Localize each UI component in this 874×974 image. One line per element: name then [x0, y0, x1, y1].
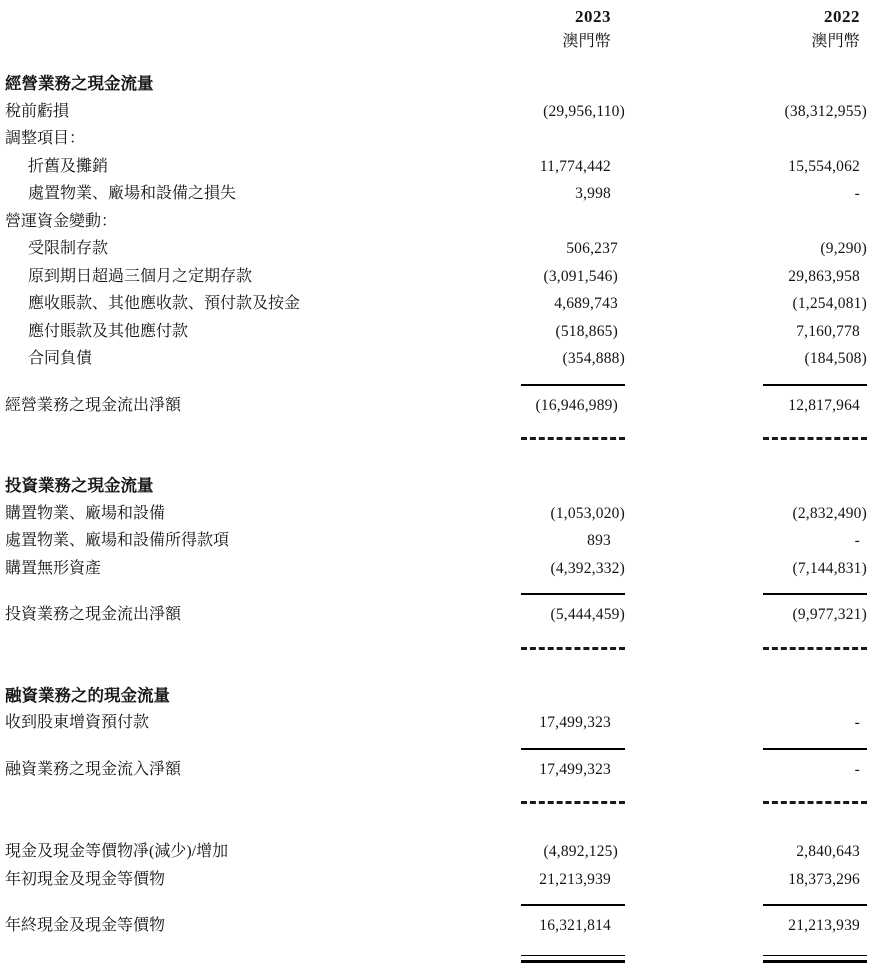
table-row: 現金及現金等價物凈(減少)/增加(4,892,125)2,840,643: [5, 838, 867, 866]
rule-cell-2022: [625, 647, 867, 650]
section-title: 經營業務之現金流量: [5, 70, 455, 98]
year-header-spacer: [5, 6, 441, 28]
section-title: 融資業務之的現金流量: [5, 682, 455, 710]
statement-body: 經營業務之現金流量稅前虧損(29,956,110)(38,312,955)調整項…: [5, 70, 867, 963]
table-row: 應付賬款及其他應付款(518,865)7,160,778: [5, 318, 867, 346]
rule-spacer: [5, 384, 455, 386]
table-row: 原到期日超過三個月之定期存款(3,091,546)29,863,958: [5, 263, 867, 291]
double-rule-2023: [521, 955, 625, 963]
value-2023: (3,091,546): [448, 263, 618, 291]
section-gap: [5, 804, 867, 838]
solid-rule-2022: [763, 904, 867, 906]
table-row: 處置物業、廠場和設備之損失3,998-: [5, 180, 867, 208]
solid-rule-row: [5, 748, 867, 750]
value-2023: (354,888): [455, 345, 625, 373]
value-2022: [625, 208, 867, 236]
section-heading-row: 融資業務之的現金流量: [5, 682, 867, 710]
column-header-currency-2023: 澳門幣: [441, 28, 618, 56]
column-header-currency-2022: 澳門幣: [618, 28, 867, 56]
value-2022: 21,213,939: [618, 912, 867, 940]
table-row: 投資業務之現金流出淨額(5,444,459)(9,977,321): [5, 601, 867, 629]
table-row: 調整項目：: [5, 125, 867, 153]
line-item-label: 處置物業、廠場和設備所得款項: [5, 527, 441, 555]
rule-spacer: [5, 437, 455, 440]
solid-rule-row: [5, 904, 867, 906]
table-row: 購置無形資產(4,392,332)(7,144,831): [5, 555, 867, 583]
line-item-label: 現金及現金等價物凈(減少)/增加: [5, 838, 448, 866]
dashed-rule-row: [5, 437, 867, 440]
rule-spacer: [5, 593, 455, 595]
value-2022: (38,312,955): [625, 98, 867, 126]
line-item-label: 經營業務之現金流出淨額: [5, 392, 448, 420]
value-2022: 2,840,643: [618, 838, 867, 866]
value-2023: (16,946,989): [448, 392, 618, 420]
rule-cell-2023: [455, 593, 625, 595]
value-2022: 12,817,964: [618, 392, 867, 420]
currency-header-spacer: [5, 28, 441, 56]
rule-cell-2022: [625, 801, 867, 804]
solid-rule-row: [5, 593, 867, 595]
value-2023: 11,774,442: [441, 153, 618, 181]
table-row: 融資業務之現金流入淨額17,499,323-: [5, 756, 867, 784]
currency-header-row: 澳門幣 澳門幣: [5, 28, 867, 56]
dashed-rule-row: [5, 647, 867, 650]
value-2022: [625, 125, 867, 153]
dashed-rule-row: [5, 801, 867, 804]
table-row: 購置物業、廠場和設備(1,053,020)(2,832,490): [5, 500, 867, 528]
section-heading-row: 經營業務之現金流量: [5, 70, 867, 98]
rule-cell-2023: [455, 437, 625, 440]
line-item-label: 年初現金及現金等價物: [5, 866, 441, 894]
table-row: 處置物業、廠場和設備所得款項893-: [5, 527, 867, 555]
rule-cell-2023: [455, 748, 625, 750]
line-item-label: 折舊及攤銷: [5, 153, 441, 181]
value-2022: [625, 472, 867, 500]
solid-rule-2022: [763, 748, 867, 750]
rule-spacer: [5, 955, 455, 963]
value-2022: -: [618, 709, 867, 737]
value-2023: (5,444,459): [455, 601, 625, 629]
rule-cell-2022: [625, 904, 867, 906]
line-item-label: 收到股東增資預付款: [5, 709, 441, 737]
value-2023: (518,865): [448, 318, 618, 346]
line-item-label: 年終現金及現金等價物: [5, 912, 441, 940]
value-2022: (7,144,831): [625, 555, 867, 583]
dashed-rule-2023: [521, 437, 625, 440]
rule-cell-2022: [625, 384, 867, 386]
line-item-label: 稅前虧損: [5, 98, 455, 126]
section-gap: [5, 440, 867, 472]
value-2022: (184,508): [625, 345, 867, 373]
value-2023: 21,213,939: [441, 866, 618, 894]
table-row: 年初現金及現金等價物21,213,93918,373,296: [5, 866, 867, 894]
line-item-label: 購置物業、廠場和設備: [5, 500, 455, 528]
rule-cell-2022: [625, 593, 867, 595]
rule-cell-2023: [455, 904, 625, 906]
line-item-label: 合同負債: [5, 345, 455, 373]
value-2022: 15,554,062: [618, 153, 867, 181]
value-2022: (2,832,490): [625, 500, 867, 528]
double-rule-row: [5, 955, 867, 963]
solid-rule-2023: [521, 593, 625, 595]
value-2022: (1,254,081): [625, 290, 867, 318]
table-row: 年終現金及現金等價物16,321,81421,213,939: [5, 912, 867, 940]
value-2023: [455, 208, 625, 236]
line-item-label: 受限制存款: [5, 235, 448, 263]
solid-rule-2023: [521, 384, 625, 386]
rule-cell-2022: [625, 437, 867, 440]
solid-rule-row: [5, 384, 867, 386]
dashed-rule-2022: [763, 801, 867, 804]
value-2023: (29,956,110): [455, 98, 625, 126]
value-2022: -: [618, 527, 867, 555]
table-row: 折舊及攤銷11,774,44215,554,062: [5, 153, 867, 181]
value-2022: 29,863,958: [618, 263, 867, 291]
value-2023: 506,237: [448, 235, 625, 263]
table-row: 合同負債(354,888)(184,508): [5, 345, 867, 373]
value-2022: [625, 682, 867, 710]
rule-spacer: [5, 647, 455, 650]
dashed-rule-2022: [763, 437, 867, 440]
value-2022: (9,977,321): [625, 601, 867, 629]
value-2022: -: [618, 756, 867, 784]
dashed-rule-2022: [763, 647, 867, 650]
value-2023: [455, 70, 625, 98]
rule-spacer: [5, 904, 455, 906]
rule-spacer: [5, 748, 455, 750]
section-heading-row: 投資業務之現金流量: [5, 472, 867, 500]
value-2023: [455, 682, 625, 710]
table-row: 應收賬款、其他應收款、預付款及按金4,689,743(1,254,081): [5, 290, 867, 318]
solid-rule-2023: [521, 748, 625, 750]
dashed-rule-2023: [521, 647, 625, 650]
double-rule-2022: [763, 955, 867, 963]
line-item-label: 營運資金變動：: [5, 208, 455, 236]
value-2023: 3,998: [441, 180, 618, 208]
rule-cell-2022: [625, 748, 867, 750]
value-2022: 7,160,778: [618, 318, 867, 346]
line-item-label: 調整項目：: [5, 125, 455, 153]
table-row: 收到股東增資預付款17,499,323-: [5, 709, 867, 737]
value-2022: 18,373,296: [618, 866, 867, 894]
table-row: 受限制存款506,237(9,290): [5, 235, 867, 263]
rule-cell-2023: [455, 801, 625, 804]
table-row: 營運資金變動：: [5, 208, 867, 236]
value-2023: (4,892,125): [448, 838, 618, 866]
value-2022: (9,290): [625, 235, 867, 263]
table-row: 經營業務之現金流出淨額(16,946,989)12,817,964: [5, 392, 867, 420]
rule-cell-2022: [625, 955, 867, 963]
column-header-year-2022: 2022: [618, 6, 867, 28]
value-2023: (1,053,020): [455, 500, 625, 528]
line-item-label: 投資業務之現金流出淨額: [5, 601, 455, 629]
value-2022: -: [618, 180, 867, 208]
value-2023: [455, 125, 625, 153]
value-2023: 17,499,323: [441, 756, 618, 784]
solid-rule-2022: [763, 384, 867, 386]
line-item-label: 融資業務之現金流入淨額: [5, 756, 441, 784]
rule-cell-2023: [455, 955, 625, 963]
line-item-label: 應收賬款、其他應收款、預付款及按金: [5, 290, 448, 318]
value-2023: (4,392,332): [455, 555, 625, 583]
solid-rule-2022: [763, 593, 867, 595]
value-2023: 893: [441, 527, 618, 555]
value-2023: 4,689,743: [448, 290, 625, 318]
value-2023: [455, 472, 625, 500]
column-header-year-2023: 2023: [441, 6, 618, 28]
dashed-rule-2023: [521, 801, 625, 804]
value-2022: [625, 70, 867, 98]
section-gap: [5, 650, 867, 682]
rule-cell-2023: [455, 384, 625, 386]
solid-rule-2023: [521, 904, 625, 906]
rule-cell-2023: [455, 647, 625, 650]
cash-flow-statement-page: 2023 2022 澳門幣 澳門幣 經營業務之現金流量稅前虧損(29,956,1…: [0, 0, 874, 974]
rule-spacer: [5, 801, 455, 804]
line-item-label: 購置無形資產: [5, 555, 455, 583]
line-item-label: 應付賬款及其他應付款: [5, 318, 448, 346]
year-header-row: 2023 2022: [5, 6, 867, 28]
section-title: 投資業務之現金流量: [5, 472, 455, 500]
line-item-label: 原到期日超過三個月之定期存款: [5, 263, 448, 291]
value-2023: 17,499,323: [441, 709, 618, 737]
line-item-label: 處置物業、廠場和設備之損失: [5, 180, 441, 208]
table-row: 稅前虧損(29,956,110)(38,312,955): [5, 98, 867, 126]
value-2023: 16,321,814: [441, 912, 618, 940]
